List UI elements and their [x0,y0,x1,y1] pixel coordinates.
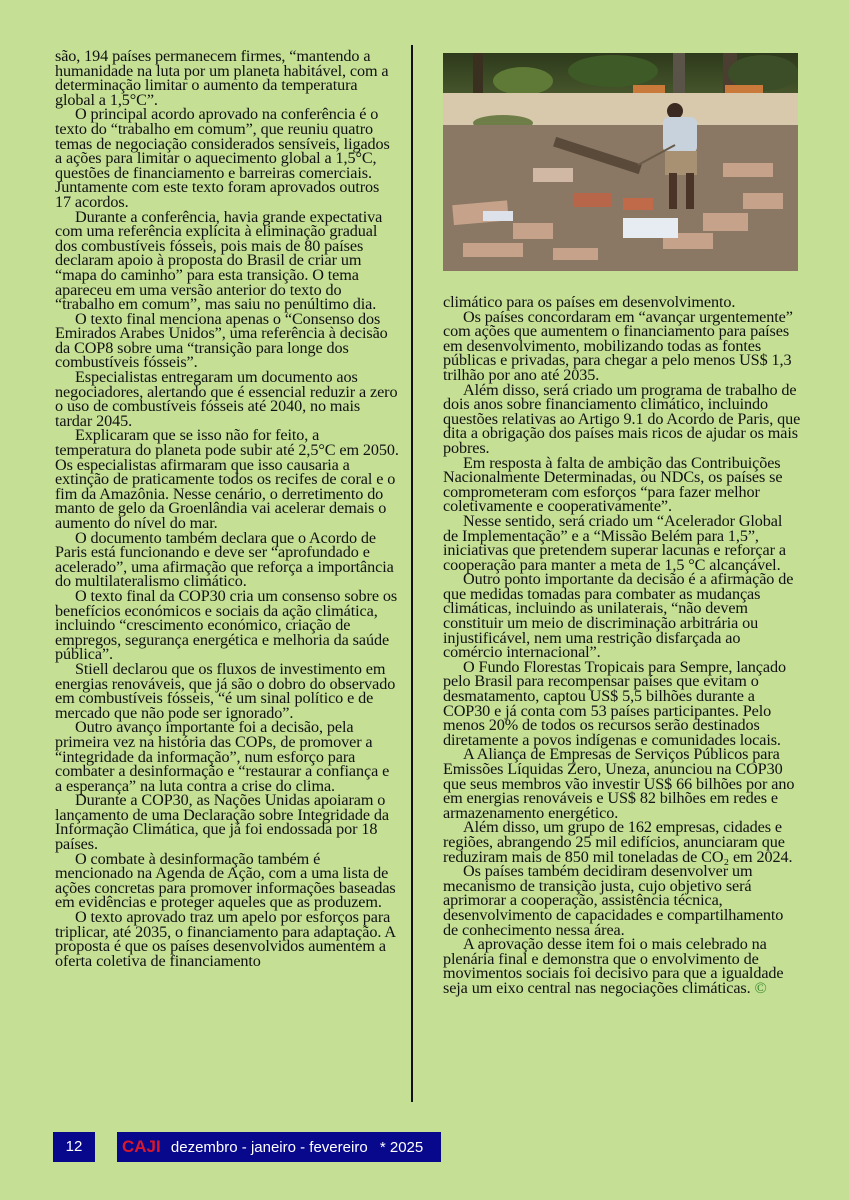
article-right-column: climático para os países em desenvolvime… [443,295,801,996]
paragraph: O Fundo Florestas Tropicais para Sempre,… [443,660,801,748]
paragraph: Durante a conferência, havia grande expe… [55,210,399,312]
paragraph: A Aliança de Empresas de Serviços Públic… [443,747,801,820]
paragraph: Além disso, um grupo de 162 empresas, ci… [443,820,801,864]
paragraph: O texto aprovado traz um apelo por esfor… [55,910,399,968]
article-left-column: são, 194 países permanecem firmes, “mant… [55,49,399,968]
paragraph: Explicaram que se isso não for feito, a … [55,428,399,530]
paragraph: O documento também declara que o Acordo … [55,531,399,589]
paragraph: Durante a COP30, as Nações Unidas apoiar… [55,793,399,851]
paragraph: são, 194 países permanecem firmes, “mant… [55,49,399,107]
issue-year: * 2025 [380,1139,423,1156]
paragraph: Outro avanço importante foi a decisão, p… [55,720,399,793]
paragraph: Os países concordaram em “avançar urgent… [443,310,801,383]
paragraph: O texto final da COP30 cria um consenso … [55,589,399,662]
paragraph: Outro ponto importante da decisão é a af… [443,572,801,660]
paragraph: Além disso, será criado um programa de t… [443,383,801,456]
brand-logo: CAJI [122,1137,161,1156]
paragraph-text: A aprovação desse item foi o mais celebr… [443,935,783,997]
paragraph: Os países também decidiram desenvolver u… [443,864,801,937]
copyright-icon: © [755,979,767,997]
paragraph-final: A aprovação desse item foi o mais celebr… [443,937,801,995]
paragraph: O principal acordo aprovado na conferênc… [55,107,399,209]
footer-masthead: CAJI dezembro - janeiro - fevereiro * 20… [117,1132,441,1162]
page-number: 12 [53,1132,95,1162]
paragraph: O texto final menciona apenas o “Consens… [55,312,399,370]
paragraph: Especialistas entregaram um documento ao… [55,370,399,428]
article-photo [443,53,798,271]
paragraph: Stiell declarou que os fluxos de investi… [55,662,399,720]
paragraph: Nesse sentido, será criado um “Acelerado… [443,514,801,572]
paragraph: O combate à desinformação também é menci… [55,852,399,910]
issue-months: dezembro - janeiro - fevereiro [171,1139,368,1156]
paragraph: Em resposta à falta de ambição das Contr… [443,456,801,514]
column-divider [411,45,413,1102]
